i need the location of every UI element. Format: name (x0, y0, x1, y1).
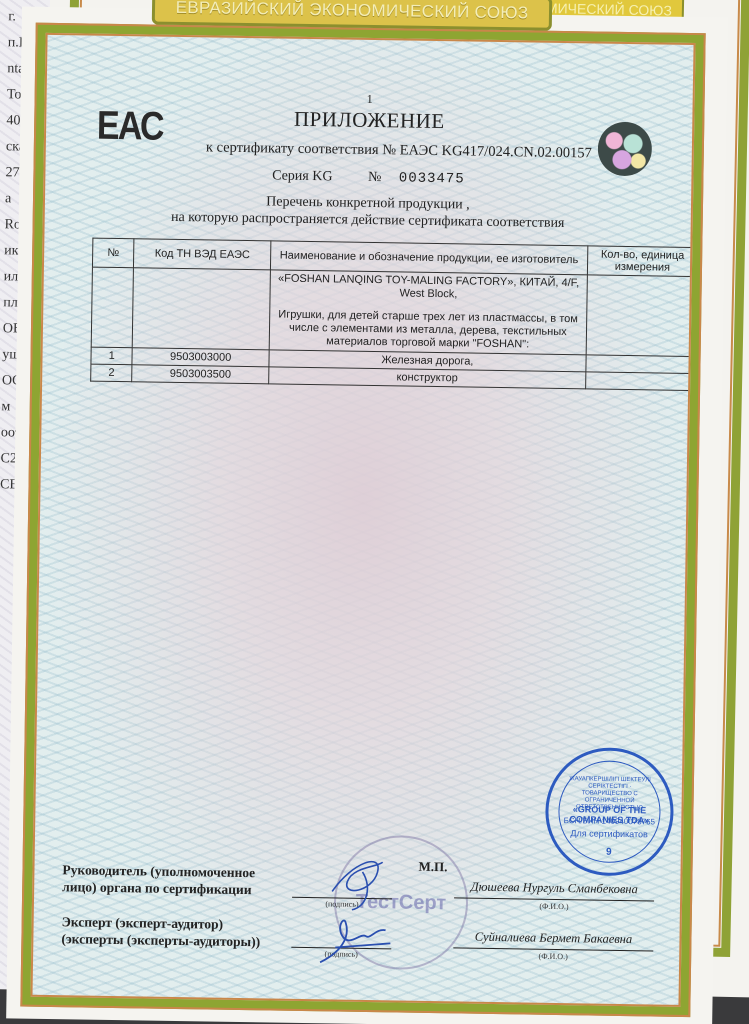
background-text-fragment: г. (8, 9, 16, 25)
background-text-fragment: а (5, 191, 11, 207)
certificate-border: 1 ЕАС ПРИЛОЖЕНИЕ к сертификату соответст… (20, 23, 705, 1017)
head-fio-caption: (Ф.И.О.) (454, 900, 654, 912)
manufacturer: «FOSHAN LANQING TOY-MALING FACTORY», КИТ… (274, 272, 582, 303)
head-label: Руководитель (уполномоченное лицо) орган… (62, 861, 255, 898)
head-name: Дюшеева Нургуль Сманбековна (454, 879, 654, 897)
expert-fio-caption: (Ф.И.О.) (453, 950, 653, 962)
head-signature-icon (322, 851, 403, 912)
product-list-title: Перечень конкретной продукции , на котор… (45, 190, 691, 234)
header-code: Код ТН ВЭД ЕАЭС (134, 239, 271, 270)
series-label: Серия KG (272, 168, 333, 184)
background-text-fragment: м (1, 399, 10, 415)
series-number: 0033475 (399, 170, 465, 187)
row-code: 9503003000 (132, 348, 269, 367)
row-name: конструктор (269, 367, 586, 389)
row-no: 2 (91, 364, 133, 382)
expert-signature-icon (315, 907, 406, 968)
row-code: 9503003500 (132, 365, 269, 384)
header-no: № (92, 238, 134, 268)
company-stamp: ЖАУАПКЕРШІЛІГІ ШЕКТЕУЛІ СЕРІКТЕСТІГІ · Т… (544, 747, 674, 877)
number-label: № (368, 170, 382, 185)
stamp-number: 9 (558, 846, 660, 859)
header-qty: Кол-во, единица измерения (587, 246, 695, 277)
expert-name: Суйналиева Бермет Бакаевна (453, 929, 653, 947)
row-no: 1 (91, 347, 133, 365)
background-text-fragment: То (7, 87, 22, 103)
series-line: Серия KG № 0033475 (45, 165, 691, 191)
certificate-appendix-page: 1 ЕАС ПРИЛОЖЕНИЕ к сертификату соответст… (6, 6, 728, 1024)
stamp-purpose: Для сертификатов (558, 828, 660, 840)
row-qty (585, 372, 695, 391)
row-qty (586, 355, 696, 374)
product-table: № Код ТН ВЭД ЕАЭС Наименование и обознач… (90, 238, 695, 392)
stamp-bin: БСН/БИН 140940078765 (558, 816, 660, 827)
certificate-number-line: к сертификату соответствия № ЕАЭС KG417/… (166, 139, 632, 163)
table-row-description: «FOSHAN LANQING TOY-MALING FACTORY», КИТ… (91, 267, 695, 356)
manufacturer-description-cell: «FOSHAN LANQING TOY-MALING FACTORY», КИТ… (269, 270, 587, 355)
certificate-body: 1 ЕАС ПРИЛОЖЕНИЕ к сертификату соответст… (30, 33, 695, 1007)
expert-label: Эксперт (эксперт-аудитор) (эксперты (экс… (61, 913, 260, 950)
product-description: Игрушки, для детей старше трех лет из пл… (274, 308, 582, 352)
mp-label: М.П. (418, 859, 447, 875)
